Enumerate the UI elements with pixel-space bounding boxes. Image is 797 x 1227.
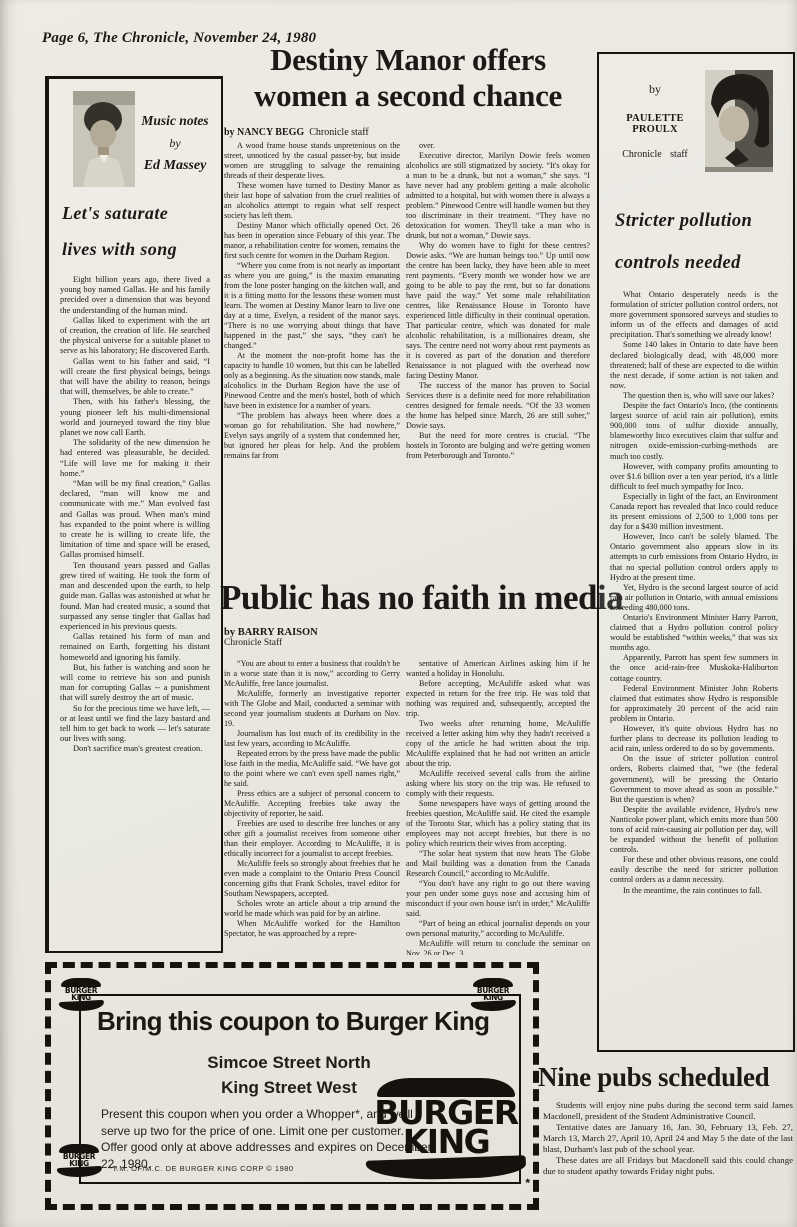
paragraph: “The problem has always been where does … xyxy=(224,411,400,461)
paragraph: The success of the manor has proven to S… xyxy=(406,381,590,431)
pollution-headline: Stricter pollution controls needed xyxy=(615,200,752,284)
paragraph: “You are about to enter a business that … xyxy=(224,659,400,689)
byline-author: by NANCY BEGG xyxy=(224,127,304,138)
paragraph: However, it's quite obvious Hydro has no… xyxy=(610,724,778,754)
media-headline: Public has no faith in media xyxy=(220,578,598,618)
paragraph: Gallas liked to experiment with the art … xyxy=(60,316,210,357)
paragraph: Ontario's Environment Minister Harry Par… xyxy=(610,613,778,653)
headline-line: Destiny Manor offers xyxy=(222,42,594,78)
paragraph: “Part of being an ethical journalist dep… xyxy=(406,919,590,939)
kicker-author: Ed Massey xyxy=(135,158,215,174)
destiny-column-2: over.Executive director, Marilyn Dowie f… xyxy=(406,141,590,461)
paragraph: These dates are all Fridays but Macdonel… xyxy=(543,1155,793,1177)
byline-staff: Chronicle staff xyxy=(607,149,703,160)
paragraph: Apparently, Parrott has spent few summer… xyxy=(610,653,778,683)
paragraph: So for the precious time we have left, —… xyxy=(60,704,210,745)
paragraph: Gallas went to his father and said, “I w… xyxy=(60,357,210,398)
address-line: Simcoe Street North xyxy=(109,1050,469,1075)
paragraph: Journalism has lost much of its credibil… xyxy=(224,729,400,749)
paragraph: Tentative dates are January 16, Jan. 30,… xyxy=(543,1122,793,1155)
paragraph: Before accepting, McAuliffe asked what w… xyxy=(406,679,590,719)
paragraph: These women have turned to Destiny Manor… xyxy=(224,181,400,221)
asterisk-mark: * xyxy=(525,1176,530,1190)
logo-text: KING xyxy=(71,994,90,1001)
music-notes-headline: Let's saturate lives with song xyxy=(62,195,177,267)
paragraph: But the need for more centres is crucial… xyxy=(406,431,590,461)
paragraph: The solidarity of the new dimension he h… xyxy=(60,438,210,479)
music-notes-article: Music notes by Ed Massey Let's saturate … xyxy=(45,76,223,953)
paragraph: When McAuliffe worked for the Hamilton S… xyxy=(224,919,400,939)
coupon-heading: Bring this coupon to Burger King xyxy=(97,1006,489,1037)
paragraph: Press ethics are a subject of personal c… xyxy=(224,789,400,819)
paragraph: Ten thousand years passed and Gallas gre… xyxy=(60,561,210,632)
media-column-2: sentative of American Airlines asking hi… xyxy=(406,659,590,955)
paragraph: “Where you come from is not nearly as im… xyxy=(224,261,400,351)
burger-king-coupon-ad: BURGER KING BURGER KING Bring this coupo… xyxy=(45,962,539,1210)
music-notes-body: Eight billion years ago, there lived a y… xyxy=(60,275,210,755)
paragraph: Some 140 lakes in Ontario to date have b… xyxy=(610,340,778,390)
paragraph: sentative of American Airlines asking hi… xyxy=(406,659,590,679)
paragraph: For these and other obvious reasons, one… xyxy=(610,855,778,885)
burger-king-logo-icon: BURGER KING xyxy=(55,1144,103,1177)
paragraph: Federal Environment Minister John Robert… xyxy=(610,684,778,724)
media-column-1: “You are about to enter a business that … xyxy=(224,659,400,939)
paragraph: The question then is, who will save our … xyxy=(610,391,778,401)
paragraph: Despite the fact Ontario's Inco, (the co… xyxy=(610,401,778,462)
byline-author: by BARRY RAISON xyxy=(224,627,318,638)
paragraph: over. xyxy=(406,141,590,151)
headline-line: Let's saturate xyxy=(62,195,177,231)
headline-line: lives with song xyxy=(62,231,177,267)
paragraph: What Ontario desperately needs is the fo… xyxy=(610,290,778,340)
byline-staff: Chronicle staff xyxy=(309,127,369,138)
paragraph: Then, with his father's blessing, the yo… xyxy=(60,397,210,438)
paragraph: Scholes wrote an article about a trip ar… xyxy=(224,899,400,919)
paragraph: Executive director, Marilyn Dowie feels … xyxy=(406,151,590,241)
paragraph: “You don't have any right to go out ther… xyxy=(406,879,590,919)
paragraph: A wood frame house stands unpretenious o… xyxy=(224,141,400,181)
paragraph: Why do women have to fight for these cen… xyxy=(406,241,590,381)
bun-bottom-shape xyxy=(366,1155,527,1182)
kicker-by: by xyxy=(135,136,215,151)
paragraph: At the moment the non-profit home has th… xyxy=(224,351,400,411)
paragraph: Destiny Manor which officially opened Oc… xyxy=(224,221,400,261)
paragraph: However, with company profits amounting … xyxy=(610,462,778,492)
headline-line: controls needed xyxy=(615,242,752,284)
pollution-body: What Ontario desperately needs is the fo… xyxy=(610,290,778,896)
paragraph: Despite the available evidence, Hydro's … xyxy=(610,805,778,855)
pollution-article: by PAULETTE PROULX Chronicle staff Stric… xyxy=(597,52,795,1052)
paragraph: Especially in light of the fact, an Envi… xyxy=(610,492,778,532)
destiny-column-1: A wood frame house stands unpretenious o… xyxy=(224,141,400,461)
headline-line: Stricter pollution xyxy=(615,200,752,242)
paragraph: Repeated errors by the press have made t… xyxy=(224,749,400,789)
paragraph: Some newspapers have ways of getting aro… xyxy=(406,799,590,849)
paragraph: Yet, Hydro is the second largest source … xyxy=(610,583,778,613)
pubs-body: Students will enjoy nine pubs during the… xyxy=(543,1100,793,1177)
paragraph: Freebies are used to describe free lunch… xyxy=(224,819,400,859)
logo-text: KING xyxy=(483,994,502,1001)
burger-king-logo-large: BURGER KING * xyxy=(364,1078,528,1179)
paragraph: McAuliffe will return to conclude the se… xyxy=(406,939,590,955)
pollution-byline: by PAULETTE PROULX Chronicle staff xyxy=(607,82,703,160)
paragraph: McAuliffe feels so strongly about freebi… xyxy=(224,859,400,899)
kicker-title: Music notes xyxy=(135,113,215,129)
paulette-proulx-photo xyxy=(705,70,773,172)
paragraph: Two weeks after returning home, McAuliff… xyxy=(406,719,590,769)
newspaper-page: Page 6, The Chronicle, November 24, 1980… xyxy=(0,0,797,1227)
byline-author: PAULETTE PROULX xyxy=(607,113,703,135)
paragraph: But, his father is watching and soon he … xyxy=(60,663,210,704)
ed-massey-photo xyxy=(73,91,135,187)
paragraph: Eight billion years ago, there lived a y… xyxy=(60,275,210,316)
byline-by: by xyxy=(607,82,703,97)
trademark-line: *T.M. OF/M.C. DE BURGER KING CORP © 1980 xyxy=(109,1164,294,1173)
logo-text: KING xyxy=(69,1160,88,1167)
paragraph: “Man will be my final creation,” Gallas … xyxy=(60,479,210,561)
paragraph: McAuliffe, formerly an investigative rep… xyxy=(224,689,400,729)
paragraph: McAuliffe received several calls from th… xyxy=(406,769,590,799)
byline-staff: Chronicle Staff xyxy=(224,638,318,648)
paragraph: In the meantime, the rain continues to f… xyxy=(610,886,778,896)
paragraph: Don't sacrifice man's greatest creation. xyxy=(60,744,210,754)
destiny-headline: Destiny Manor offers women a second chan… xyxy=(222,42,594,114)
media-byline: by BARRY RAISON Chronicle Staff xyxy=(224,627,318,648)
paragraph: Students will enjoy nine pubs during the… xyxy=(543,1100,793,1122)
pubs-headline: Nine pubs scheduled xyxy=(538,1062,769,1093)
destiny-byline: by NANCY BEGGChronicle staff xyxy=(224,127,369,138)
paragraph: On the issue of stricter pollution contr… xyxy=(610,754,778,804)
paragraph: However, Inco can't be solely blamed. Th… xyxy=(610,532,778,582)
headline-line: women a second chance xyxy=(222,78,594,114)
music-notes-kicker: Music notes by Ed Massey xyxy=(135,113,215,174)
paragraph: Gallas retained his form of man and rema… xyxy=(60,632,210,663)
paragraph: “The solar heat system that now heats Th… xyxy=(406,849,590,879)
